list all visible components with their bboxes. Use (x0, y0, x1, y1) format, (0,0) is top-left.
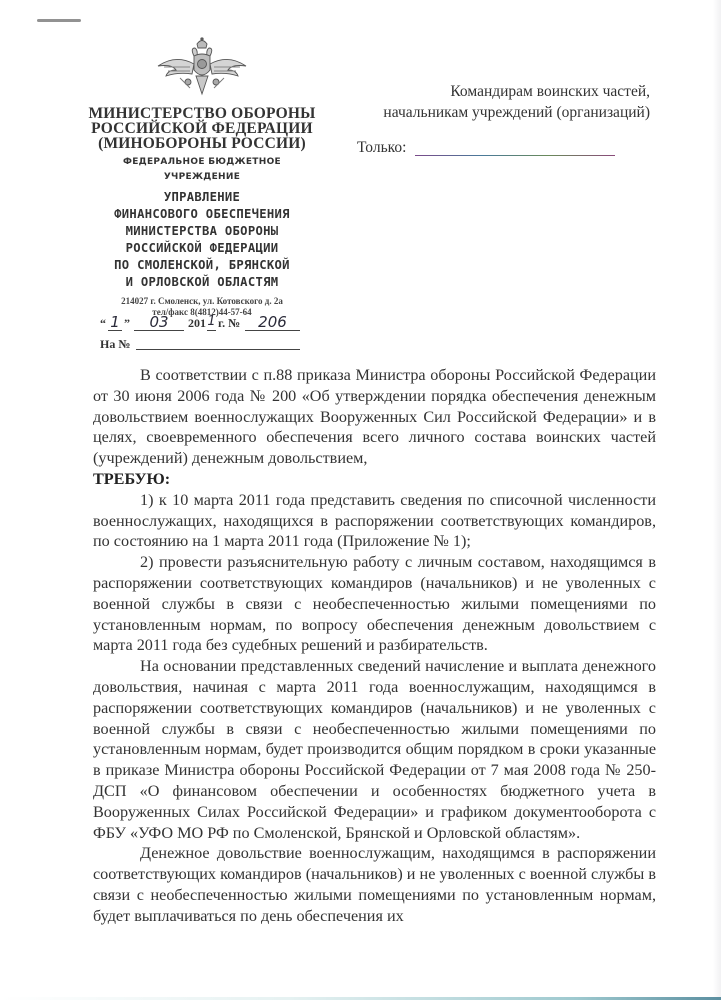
date-number-row: “ 1 ” 03 201 1 г. № 206 (100, 313, 300, 331)
scan-page-edge (713, 0, 721, 1000)
only-label: Только: (357, 139, 406, 156)
date-month: 03 (134, 314, 184, 331)
requirement-item-2: 2) провести разъяснительную работу с лич… (93, 552, 656, 656)
only-for-row: Только: (357, 139, 627, 159)
date-day: 1 (108, 314, 122, 331)
date-year-digit: 1 (207, 314, 216, 331)
demand-heading: ТРЕБУЮ: (46, 469, 170, 490)
document-body: В соответствии с п.88 приказа Министра о… (93, 365, 656, 927)
reference-number-blank (136, 349, 300, 350)
ministry-name: МИНИСТЕРСТВО ОБОРОНЫ РОССИЙСКОЙ ФЕДЕРАЦИ… (82, 106, 322, 151)
document-number: 206 (245, 314, 300, 331)
requirement-item-1: 1) к 10 марта 2011 года представить свед… (93, 490, 656, 552)
reference-label: На № (100, 337, 130, 352)
intro-paragraph: В соответствии с п.88 приказа Министра о… (93, 365, 656, 490)
addressee-line-2: начальникам учреждений (организаций) (360, 102, 650, 123)
scan-artifact-mark (37, 19, 81, 22)
addressee-line-1: Командирам воинских частей, (360, 81, 650, 102)
double-headed-eagle-emblem-icon (154, 36, 250, 102)
postal-address: 214027 г. Смоленск, ул. Котовского д. 2а (82, 296, 322, 307)
paragraph-payment-period: Денежное довольствие военнослужащим, нах… (93, 843, 656, 926)
only-for-blank (415, 155, 615, 156)
department-name: УПРАВЛЕНИЕ ФИНАНСОВОГО ОБЕСПЕЧЕНИЯ МИНИС… (82, 189, 322, 291)
addressee-block: Командирам воинских частей, начальникам … (360, 81, 650, 123)
institution-type: ФЕДЕРАЛЬНОЕ БЮДЖЕТНОЕ УЧРЕЖДЕНИЕ (82, 155, 322, 185)
reference-number-row: На № (100, 334, 300, 352)
letterhead: МИНИСТЕРСТВО ОБОРОНЫ РОССИЙСКОЙ ФЕДЕРАЦИ… (82, 36, 322, 318)
paragraph-payment-procedure: На основании представленных сведений нач… (93, 656, 656, 843)
